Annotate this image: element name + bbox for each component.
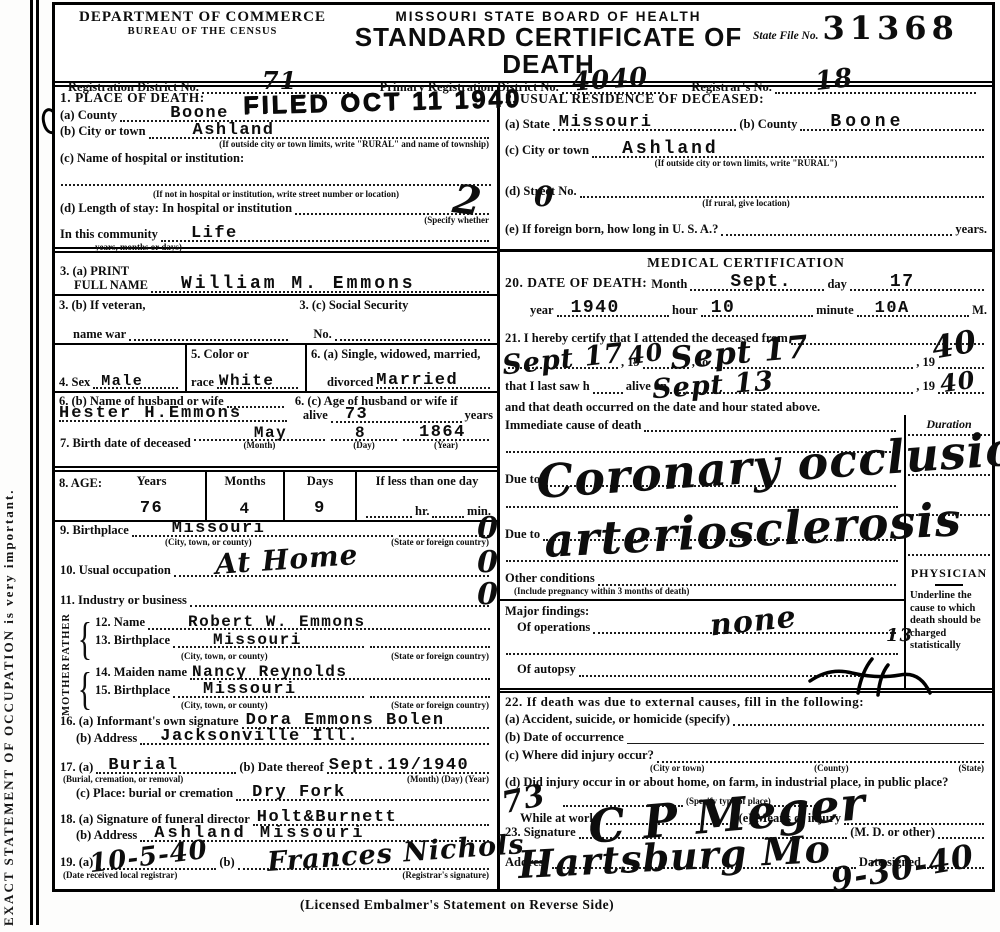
margin-note: EXACT STATEMENT OF OCCUPATION is very im… [1, 6, 17, 926]
mother-name-label: 14. Maiden name [95, 665, 187, 679]
age-years-value: 76 [102, 499, 201, 518]
burial-date-label: (b) Date thereof [239, 760, 323, 774]
residence-city-hint: (If outside city or town limits, write "… [655, 159, 838, 169]
ssn-label2: No. [299, 327, 331, 341]
residence-state-value: Missouri [559, 113, 653, 132]
birthplace-value: Missouri [172, 519, 266, 538]
last-saw-value: Sept 13 [651, 367, 775, 402]
form-columns: 1. PLACE OF DEATH: (a) County Boone (b) … [55, 87, 992, 889]
father-birthplace-hint1: (City, town, or county) [181, 652, 268, 662]
city-label: (b) City or town [60, 124, 146, 138]
autopsy-label: Of autopsy [505, 662, 576, 676]
city-field: (b) City or town Ashland [55, 123, 497, 139]
birthplace-hint2: (State or foreign country) [391, 538, 489, 548]
industry-label: 11. Industry or business [60, 593, 187, 607]
physician-label: PHYSICIAN [908, 566, 990, 581]
section-parents: FATHER MOTHER { { 12. Name Robert W. Emm… [55, 613, 497, 713]
section-date-of-death: 20. DATE OF DEATH: Month Sept. day 17 ye… [500, 274, 992, 330]
death-year-value: 1940 [571, 298, 620, 318]
residence-city-field: (c) City or town Ashland [500, 142, 992, 158]
birth-date-field: 7. Birth date of deceased May (Month) 8 … [55, 426, 497, 452]
community-value: Life [191, 224, 238, 243]
mother-label: MOTHER [61, 662, 72, 716]
lastsaw-year-label: , 19 [916, 379, 935, 393]
father-name-label: 12. Name [95, 615, 145, 629]
race-label2: race [191, 375, 214, 389]
hospital-blank-line [61, 170, 491, 186]
death-certificate-scan: EXACT STATEMENT OF OCCUPATION is very im… [0, 0, 1000, 932]
spouse-age-value: 73 [345, 405, 368, 424]
age-days-label: Days [289, 474, 351, 488]
burial-type-label: 17. (a) [60, 760, 93, 774]
spouse-name-field: 6. (b) Name of husband or wife Hester H.… [55, 393, 291, 424]
parents-braces: { { [75, 613, 91, 713]
foreign-born-label: (e) If foreign born, how long in U. S. A… [505, 222, 718, 236]
residence-zero-mark: 0 [534, 183, 554, 211]
community-hint: years, months or days) [95, 243, 182, 253]
medical-certification-title-row: MEDICAL CERTIFICATION [500, 252, 992, 274]
birth-day-hint: (Day) [328, 441, 400, 451]
residence-street-field: (d) Street No. [500, 183, 992, 199]
length-of-stay-label: (d) Length of stay: In hospital or insti… [60, 201, 292, 215]
death-minute-label: minute [816, 303, 854, 317]
residence-state-county: (a) State Missouri (b) County Boone [500, 116, 992, 132]
residence-county-value: Boone [830, 112, 904, 132]
birth-year-value: 1864 [419, 423, 466, 442]
community-label: In this community [60, 227, 158, 241]
section-sex-race-marital: 4. SexMale 5. Color or raceWhite 6. (a) … [55, 345, 497, 393]
attended-to-year-value: 40 [930, 326, 980, 364]
department-name: DEPARTMENT OF COMMERCE [55, 9, 350, 26]
attended-from-year-value: 40 [627, 339, 665, 368]
community-field: In this community Life [55, 226, 497, 242]
industry-zero-mark: 0 [477, 580, 499, 610]
hospital-hint: (If not in hospital or institution, writ… [153, 190, 399, 200]
sex-value: Male [101, 373, 143, 390]
section-burial: 17. (a) Burial (b) Date thereof Sept.19/… [55, 759, 497, 811]
residence-county-label: (b) County [739, 117, 797, 131]
injury-where-label: (c) Where did injury occur? [505, 748, 654, 762]
section-veteran-ssn: 3. (b) If veteran, name war 3. (c) Socia… [55, 296, 497, 346]
parents-fields: 12. Name Robert W. Emmons 13. Birthplace… [91, 613, 497, 713]
lastsaw-label1: that I last saw h [505, 379, 590, 393]
death-minute-value: 10A [875, 299, 910, 318]
operations-value: none [709, 603, 798, 642]
birth-date-label: 7. Birth date of deceased [60, 436, 191, 450]
veteran-label: 3. (b) If veteran, [59, 298, 291, 312]
print-label: 3. (a) PRINT [60, 264, 148, 278]
age-hr-label: hr. [415, 504, 429, 518]
occurrence-date-label: (b) Date of occurrence [505, 730, 624, 744]
injury-city-hint: (City or town) [650, 764, 704, 774]
age-days-cell: Days 9 [283, 472, 355, 520]
birth-month-hint: (Month) [191, 441, 328, 451]
sex-field: 4. SexMale [55, 345, 185, 391]
city-hint: (If outside city or town limits, write "… [219, 140, 489, 150]
other-conditions-label: Other conditions [505, 571, 595, 585]
birth-month-value: May [254, 424, 287, 442]
father-birthplace-label: 13. Birthplace [95, 633, 170, 647]
informant-address-value: Jacksonville Ill. [160, 727, 359, 746]
age-days-value: 9 [289, 499, 351, 518]
section-physician-signature: 23. Signature (M. D. or other) Address D… [500, 808, 992, 890]
major-findings-label: Major findings: [505, 604, 589, 618]
birthplace-zero-mark: 0 [477, 514, 499, 544]
father-name-value: Robert W. Emmons [188, 613, 366, 631]
occupation-label: 10. Usual occupation [60, 563, 171, 577]
marital-label2: divorced [311, 375, 373, 389]
section-cause-of-death: Immediate cause of death Due to Due to O… [500, 415, 992, 692]
death-year-label: year [530, 303, 554, 317]
age-label: 8. AGE: [59, 474, 102, 518]
form-header: DEPARTMENT OF COMMERCE BUREAU OF THE CEN… [55, 5, 992, 87]
foreign-born-suffix: years. [955, 222, 987, 236]
marital-label: 6. (a) Single, widowed, married, [311, 347, 493, 361]
father-label: FATHER [61, 613, 72, 661]
age-years-label: Years [102, 474, 201, 488]
operations-label: Of operations [505, 620, 590, 634]
full-name-label: FULL NAME [60, 278, 148, 292]
state-file-block: State File No. 31368 [747, 9, 992, 79]
father-birthplace-hint2: (State or foreign country) [391, 652, 489, 662]
section-occupation: 10. Usual occupation At Home 0 [55, 554, 497, 586]
birth-year-hint: (Year) [400, 441, 492, 451]
section-registrar-receipt: 19. (a) (b) (Date received local registr… [55, 854, 497, 889]
date-of-death-label: 20. DATE OF DEATH: [505, 275, 647, 291]
death-month-value: Sept. [730, 272, 792, 292]
length-of-stay-value: 2 [450, 179, 484, 223]
medical-certification-title: MEDICAL CERTIFICATION [647, 255, 845, 271]
embalmer-note: (Licensed Embalmer's Statement on Revers… [300, 897, 614, 913]
parents-rail: FATHER MOTHER [57, 613, 75, 713]
accident-label: (a) Accident, suicide, or homicide (spec… [505, 712, 730, 726]
immediate-cause-label: Immediate cause of death [505, 418, 641, 432]
section-attendance-certification: 21. I hereby certify that I attended the… [500, 330, 992, 416]
county-label: (a) County [60, 108, 117, 122]
foreign-born-field: (e) If foreign born, how long in U. S. A… [500, 221, 992, 237]
age-less-label: If less than one day [361, 474, 493, 488]
death-hour-label: hour [672, 303, 698, 317]
ssn-label: 3. (c) Social Security [299, 298, 493, 312]
informant-address-label: (b) Address [60, 731, 137, 745]
mother-name-value: Nancy Reynolds [192, 663, 347, 681]
mother-birthplace-label: 15. Birthplace [95, 683, 170, 697]
physician-divider [935, 584, 963, 586]
age-months-cell: Months 4 [205, 472, 283, 520]
section-informant: 16. (a) Informant's own signature Dora E… [55, 713, 497, 759]
pen-scribble [800, 643, 940, 703]
spouse-age-field: 6. (c) Age of husband or wife if alive73… [291, 393, 497, 424]
burial-type-hint: (Burial, cremation, or removal) [63, 775, 183, 785]
section-age: 8. AGE: Years 76 Months 4 Days 9 [55, 472, 497, 522]
residence-city-label: (c) City or town [505, 143, 589, 157]
hospital-label: (c) Name of hospital or institution: [60, 151, 244, 165]
age-years-cell: 8. AGE: Years 76 [55, 472, 205, 520]
due-to-1-label: Due to [505, 472, 540, 486]
age-months-value: 4 [211, 500, 279, 518]
findings-divider [500, 599, 904, 601]
registrar-sig-hint: (Registrar's signature) [402, 871, 489, 881]
margin-double-rule [30, 0, 39, 925]
right-column: 2. USUAL RESIDENCE OF DECEASED: (a) Stat… [500, 87, 992, 889]
last-saw-year-value: 40 [939, 367, 977, 396]
registrar-sig-label: (b) [219, 855, 234, 869]
residence-city-value: Ashland [622, 139, 719, 159]
death-day-value: 17 [890, 272, 915, 292]
injury-place-label: (d) Did injury occur in or about home, o… [505, 775, 948, 789]
cause-main: Immediate cause of death Due to Due to O… [500, 415, 904, 687]
father-brace: { [78, 618, 88, 659]
title-block: MISSOURI STATE BOARD OF HEALTH STANDARD … [350, 9, 747, 79]
veteran-label2: name war [59, 327, 126, 341]
due-to-2-label: Due to [505, 527, 540, 541]
death-m-label: M. [972, 303, 987, 317]
burial-place-label: (c) Place: burial or cremation [60, 786, 233, 800]
other-conditions-hint: (Include pregnancy within 3 months of de… [514, 587, 689, 597]
spouse-age-label2: alive [295, 408, 328, 422]
city-value: Ashland [193, 121, 275, 140]
spouse-name-value: Hester H.Emmons [59, 404, 242, 423]
certificate-title: STANDARD CERTIFICATE OF DEATH [350, 24, 747, 79]
section-industry: 11. Industry or business 0 [55, 586, 497, 614]
spouse-age-suffix: years [465, 408, 493, 422]
burial-date-value: Sept.19/1940 [329, 756, 469, 775]
birthplace-label: 9. Birthplace [60, 523, 129, 537]
birth-day-value: 8 [355, 424, 366, 442]
state-file-number: 31368 [823, 9, 959, 47]
date-signed-value: 9-30-40 [828, 839, 976, 896]
section-usual-residence: 2. USUAL RESIDENCE OF DECEASED: (a) Stat… [500, 87, 992, 252]
marital-field: 6. (a) Single, widowed, married, divorce… [305, 345, 497, 391]
death-month-label: Month [651, 277, 687, 291]
certificate-form: DEPARTMENT OF COMMERCE BUREAU OF THE CEN… [52, 2, 995, 892]
left-column: 1. PLACE OF DEATH: (a) County Boone (b) … [55, 87, 500, 889]
sex-label: 4. Sex [59, 375, 90, 389]
race-field: 5. Color or raceWhite [185, 345, 305, 391]
bureau-name: BUREAU OF THE CENSUS [55, 26, 350, 37]
marital-value: Married [376, 371, 458, 390]
residence-title: 2. USUAL RESIDENCE OF DECEASED: [505, 91, 764, 107]
burial-place-value: Dry Fork [252, 783, 346, 802]
age-months-label: Months [211, 474, 279, 488]
residence-street-hint: (If rural, give location) [702, 199, 789, 209]
mother-brace: { [78, 668, 88, 709]
department-block: DEPARTMENT OF COMMERCE BUREAU OF THE CEN… [55, 9, 350, 79]
age-less-cell: If less than one day hr.min. [355, 472, 497, 520]
burial-date-hint: (Month) (Day) (Year) [407, 775, 489, 785]
section-spouse-birthdate: 6. (b) Name of husband or wife Hester H.… [55, 393, 497, 472]
burial-type-value: Burial [108, 756, 178, 775]
spouse-age-label: 6. (c) Age of husband or wife if [295, 394, 458, 408]
occupation-zero-mark: 0 [477, 548, 499, 578]
injury-state-hint: (State) [959, 764, 985, 774]
veteran-field: 3. (b) If veteran, name war [55, 296, 295, 344]
residence-state-label: (a) State [505, 117, 550, 131]
full-name-value: William M. Emmons [181, 274, 416, 294]
death-day-label: day [827, 277, 846, 291]
certify-year2-label: , 19 [916, 355, 935, 369]
injury-county-hint: (County) [814, 764, 849, 774]
length-of-stay-field: (d) Length of stay: In hospital or insti… [55, 200, 497, 216]
race-value: White [219, 372, 275, 390]
ssn-field: 3. (c) Social Security No. [295, 296, 497, 344]
death-hour-value: 10 [711, 298, 736, 318]
section-full-name: 3. (a) PRINT FULL NAME William M. Emmons [55, 253, 497, 296]
race-label: 5. Color or [191, 347, 301, 361]
mother-birthplace-value: Missouri [203, 680, 297, 699]
father-birthplace-value: Missouri [213, 631, 302, 649]
state-file-label: State File No. [753, 30, 819, 42]
funeral-address-label: (b) Address [60, 828, 137, 842]
injury-place-mark: 73 [499, 780, 548, 818]
